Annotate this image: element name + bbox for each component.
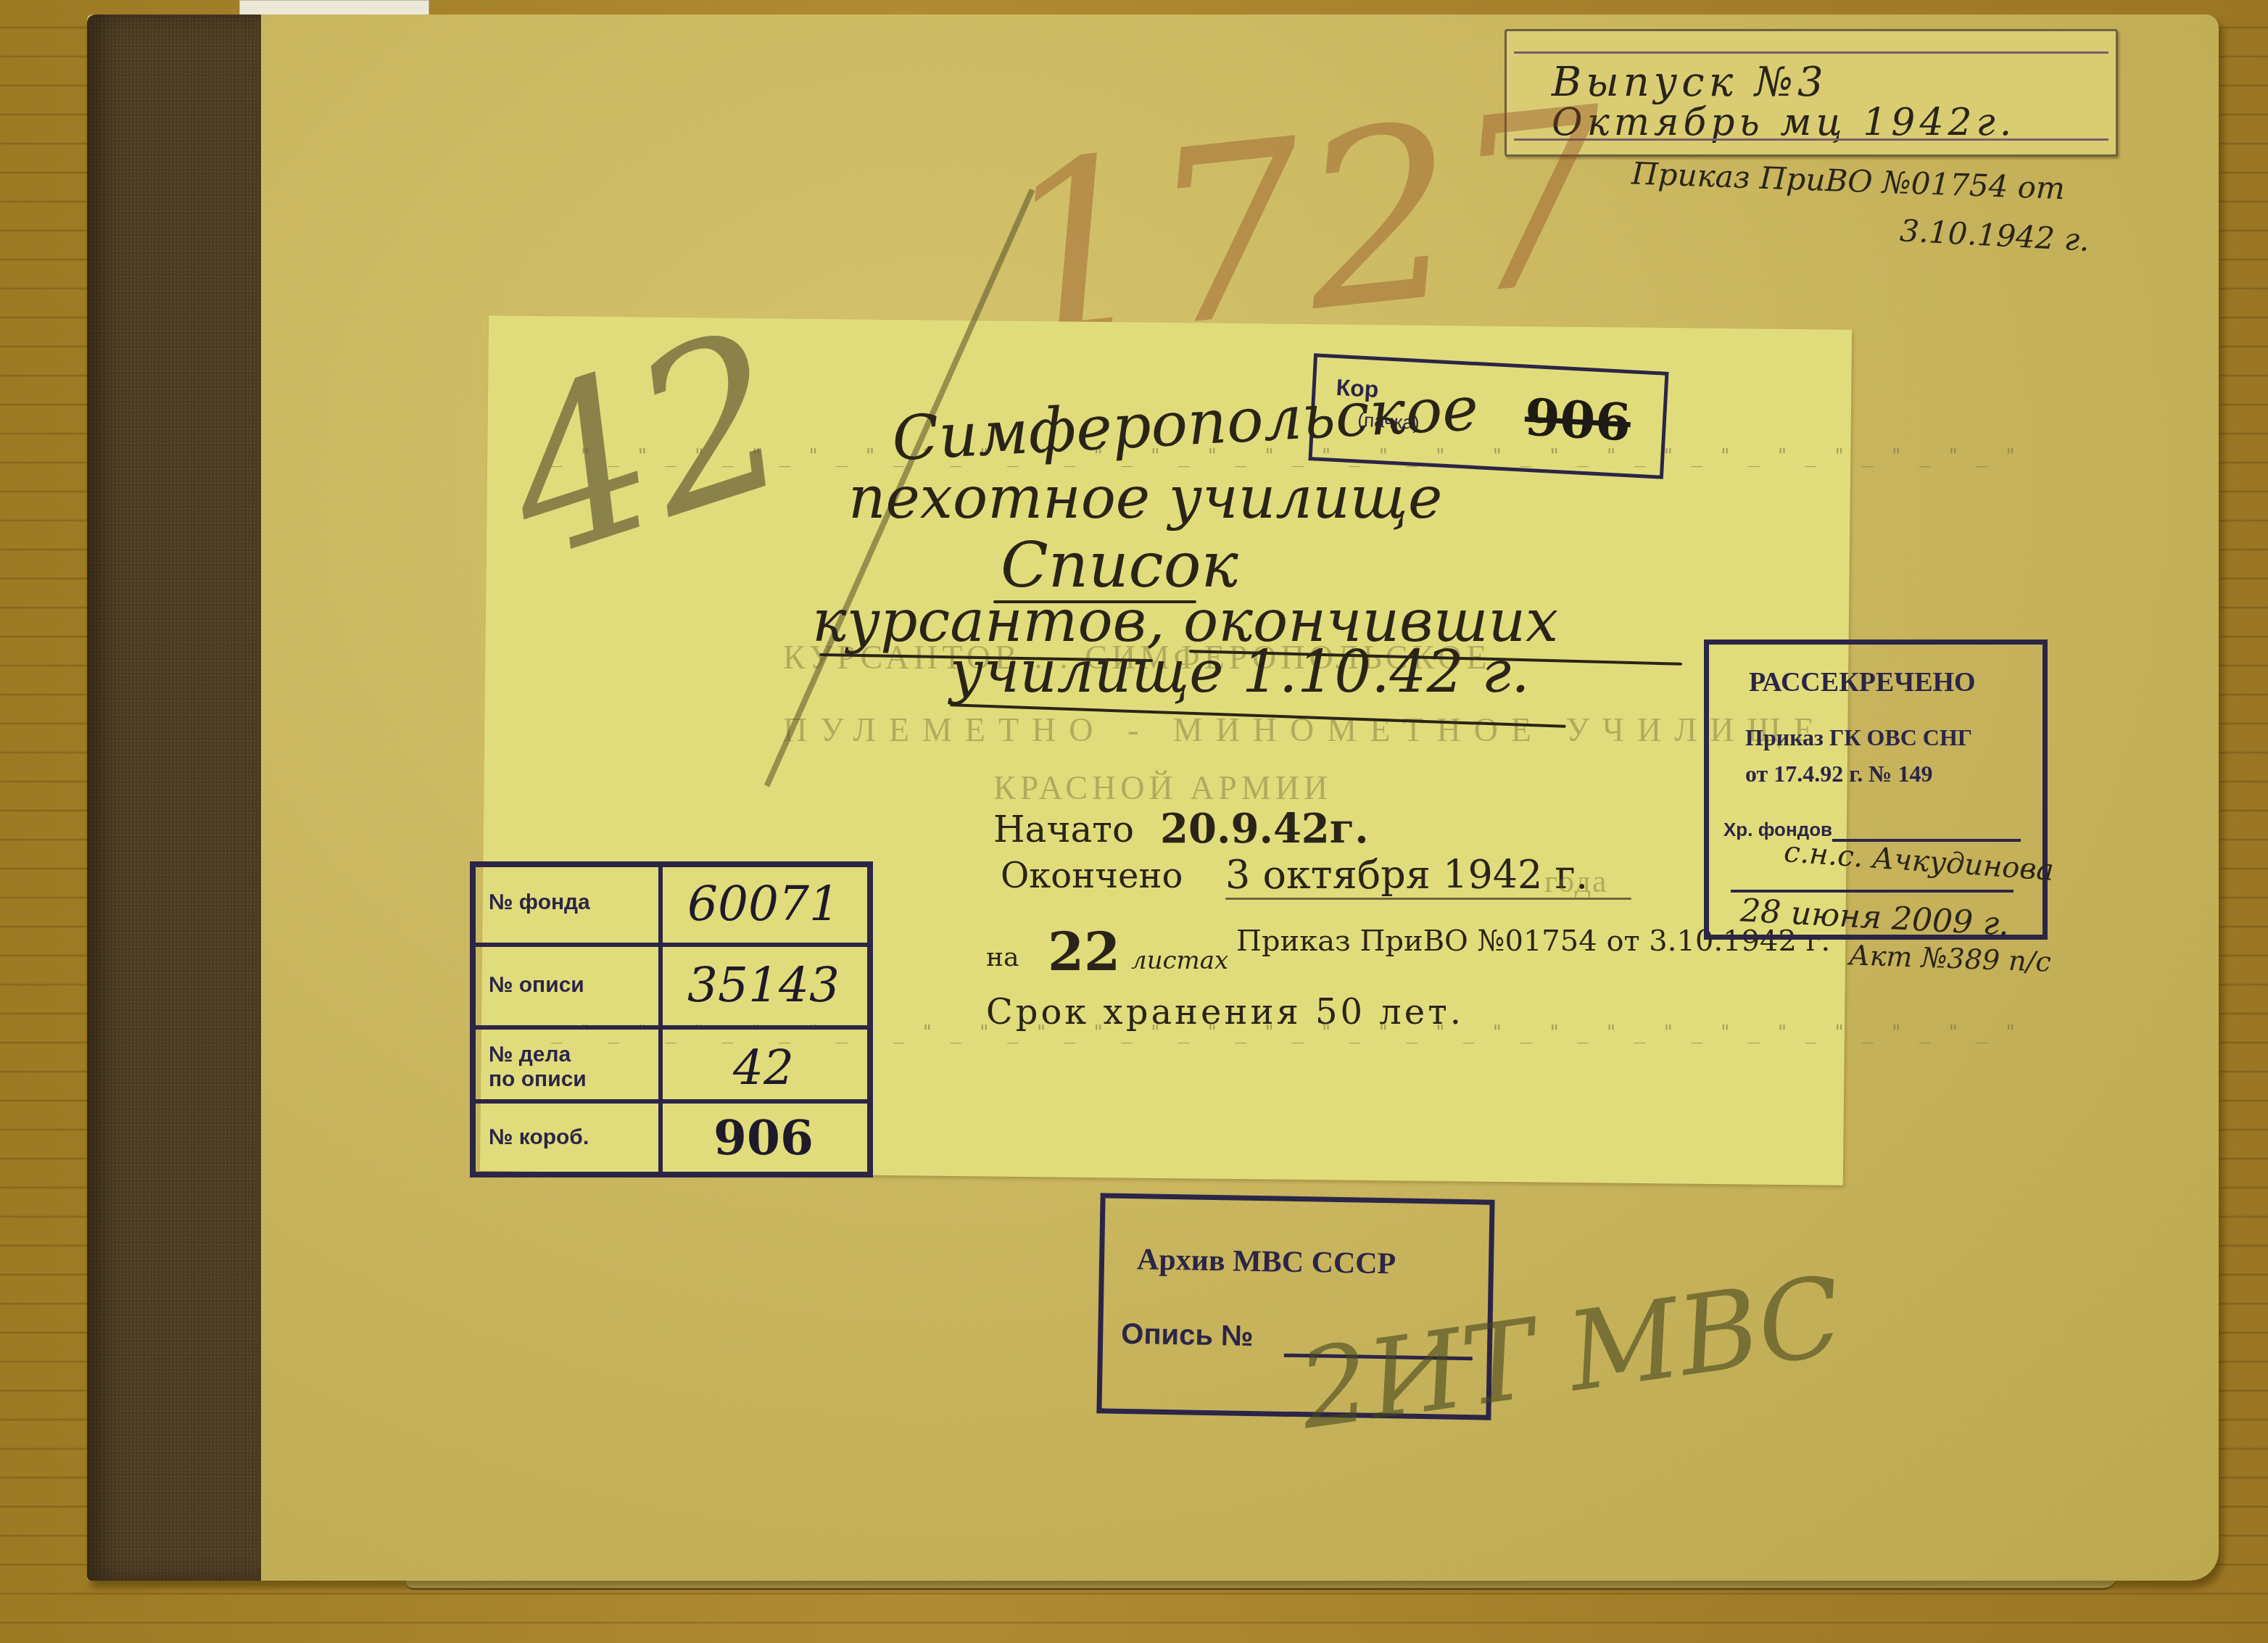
finished-suffix: года [1544,863,1608,900]
fund-value: 60071 [666,876,861,932]
archive-stamp-inventory-label: Опись № [1121,1318,1254,1353]
declassified-title: РАССЕКРЕЧЕНО [1749,666,1976,698]
finished-value: 3 октября 1942 г. [1225,852,1588,898]
issue-month: Октябрь мц 1942г. [1552,101,2016,144]
title-school-type: пехотное училище [848,464,1442,531]
fund-table-stamp: № фонда 60071 № описи 35143 № дела по оп… [470,861,873,1178]
fund-label: № дела по описи [489,1043,587,1092]
label-rule [1514,51,2108,54]
sheets-prefix: на [986,943,1019,972]
fund-row: № дела по описи 42 [476,1025,867,1109]
started-value: 20.9.42г. [1160,805,1369,853]
printed-line-3: КРАСНОЙ АРМИИ [993,769,1332,807]
fund-row: № фонда 60071 [476,863,867,943]
fund-label: № описи [489,973,584,998]
fund-row: № описи 35143 [476,943,867,1027]
date-line [1731,890,2014,893]
sheets-suffix: листах [1131,946,1228,975]
archive-stamp-title: Архив МВС СССР [1137,1242,1396,1281]
declassified-order: Приказ ГК ОВС СНГ [1745,724,1972,751]
retention-period: Срок хранения 50 лет. [986,992,1464,1032]
started-label: Начато [993,808,1134,851]
cloth-spine [87,15,261,1581]
fund-value: 906 [666,1109,861,1166]
fund-value: 35143 [666,957,861,1013]
declassified-order-date: от 17.4.92 г. № 149 [1745,761,1932,787]
finished-label: Окончено [1001,856,1183,896]
label-rule [1514,138,2108,141]
sheets-count: 22 [1048,921,1120,982]
fund-label: № короб. [489,1125,589,1150]
fund-value: 42 [666,1040,861,1096]
title-date: училище 1.10.42 г. [950,638,1530,705]
fund-row: № короб. 906 [476,1099,867,1170]
fund-label: № фонда [489,890,590,915]
finished-underline [1225,898,1631,900]
box-stamp-value: 906 [1523,387,1632,453]
